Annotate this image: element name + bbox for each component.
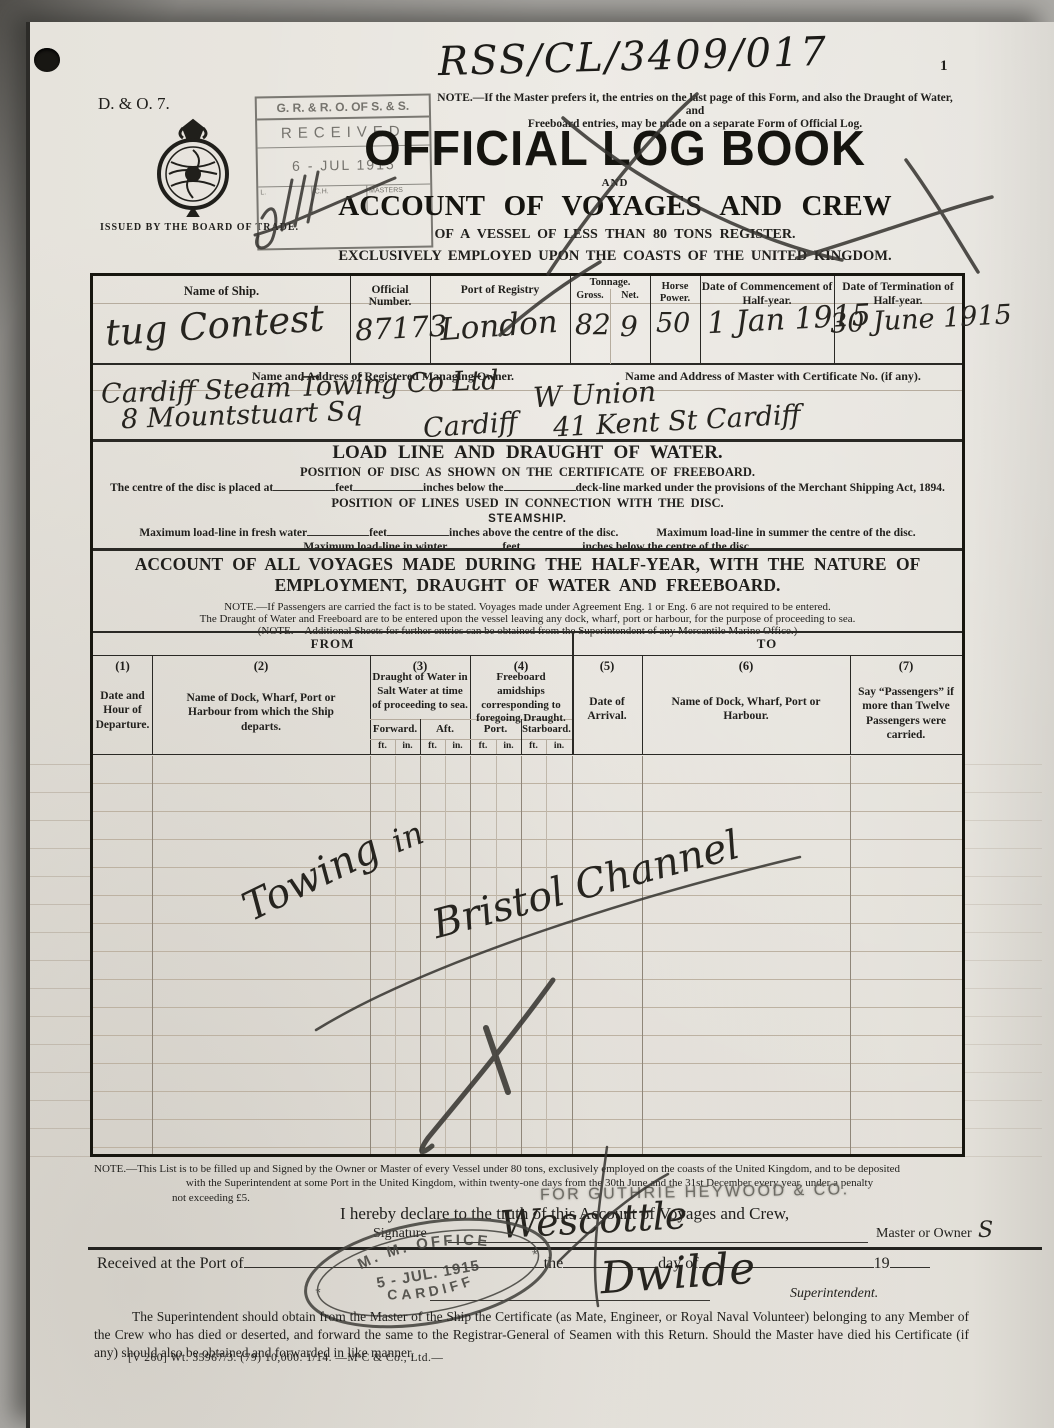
- col5-num: (5): [572, 659, 642, 675]
- subtitle-tons: OF A VESSEL OF LESS THAN 80 TONS REGISTE…: [320, 227, 910, 243]
- header-official-number: Official Number.: [350, 284, 430, 308]
- superintendent-signature: Dwilde: [598, 1243, 756, 1305]
- loadline-line1c: inches below the: [423, 482, 504, 494]
- stamp-office-line: G. R. & R. O. OF S. & S.: [257, 96, 429, 121]
- col4-starboard: Starboard.: [521, 723, 572, 736]
- col6-header: Name of Dock, Wharf, Port or Harbour.: [657, 695, 835, 724]
- col3-header: Draught of Water in Salt Water at time o…: [372, 671, 468, 712]
- top-note-line1: NOTE.—If the Master prefers it, the entr…: [430, 92, 960, 118]
- col1-header: Date and Hour of Departure.: [95, 689, 150, 732]
- page-number: 1: [940, 58, 948, 75]
- col4-header: Freeboard amidships corresponding to for…: [472, 671, 570, 726]
- voyages-note1: NOTE.—If Passengers are carried the fact…: [93, 601, 962, 613]
- voyage-table-body: [93, 756, 962, 1154]
- main-title: OFFICIAL LOG BOOK: [320, 119, 910, 177]
- ft-label: ft.: [521, 741, 546, 753]
- board-of-trade-seal: [150, 116, 236, 220]
- loadline-line1d: deck-line marked under the provisions of…: [576, 482, 945, 494]
- punch-hole: [34, 48, 60, 72]
- subtitle-coasts: EXCLUSIVELY EMPLOYED UPON THE COASTS OF …: [320, 248, 910, 265]
- stamp-cell: L.: [258, 187, 313, 214]
- loadline-line2d: Maximum load-line in summer the centre o…: [656, 527, 915, 539]
- margin-ruled-lines: [30, 737, 90, 1157]
- value-owner-line3: Cardiff: [422, 407, 519, 445]
- loadline-title: LOAD LINE AND DRAUGHT OF WATER.: [93, 442, 962, 464]
- loadline-line1b: feet: [335, 482, 353, 494]
- superintendent-label: Superintendent.: [790, 1286, 878, 1302]
- form-outline: Name of Ship. Official Number. Port of R…: [90, 273, 965, 1157]
- col6-num: (6): [642, 659, 850, 675]
- voyages-heading-line1: ACCOUNT OF ALL VOYAGES MADE DURING THE H…: [93, 554, 962, 575]
- col3-aft: Aft.: [420, 723, 470, 737]
- col2-header: Name of Dock, Wharf, Port or Harbour fro…: [167, 691, 355, 734]
- header-port-of-registry: Port of Registry: [430, 284, 570, 296]
- secondary-title: ACCOUNT OF VOYAGES AND CREW: [320, 190, 910, 223]
- value-net: 9: [620, 310, 638, 343]
- col4-port: Port.: [470, 723, 521, 737]
- to-label: TO: [572, 636, 962, 652]
- form-code: D. & O. 7.: [98, 94, 170, 114]
- col7-num: (7): [850, 659, 962, 675]
- value-ship-name: tug Contest: [104, 296, 326, 354]
- col1-num: (1): [93, 659, 152, 675]
- in-label: in.: [445, 741, 470, 753]
- master-scribble: S: [978, 1218, 993, 1243]
- in-label: in.: [546, 741, 572, 753]
- ft-label: ft.: [420, 741, 445, 753]
- loadline-sub1: POSITION OF DISC AS SHOWN ON THE CERTIFI…: [93, 465, 962, 480]
- oval-stamp-star: *: [314, 1284, 323, 1301]
- col5-header: Date of Arrival.: [574, 695, 640, 724]
- margin-ruled-lines: [965, 737, 1042, 1157]
- ft-label: ft.: [470, 741, 496, 753]
- title-and: AND: [320, 177, 910, 189]
- voyages-heading-line2: EMPLOYMENT, DRAUGHT OF WATER AND FREEBOA…: [93, 575, 962, 596]
- value-port: London: [439, 304, 559, 348]
- loadline-sub2: POSITION OF LINES USED IN CONNECTION WIT…: [93, 496, 962, 511]
- value-gross: 82: [575, 308, 611, 341]
- bottom-note-line1: NOTE.—This List is to be filled up and S…: [94, 1162, 965, 1176]
- ft-label: ft.: [370, 741, 395, 753]
- section-rule: [88, 1247, 1042, 1250]
- loadline-line1a: The centre of the disc is placed at: [110, 482, 273, 494]
- voyages-note2: The Draught of Water and Freeboard are t…: [93, 613, 962, 625]
- header-tonnage: Tonnage.: [570, 277, 650, 288]
- from-label: FROM: [93, 636, 572, 652]
- col7-header: Say “Passengers” if more than Twelve Pas…: [852, 685, 960, 743]
- header-net: Net.: [610, 290, 650, 301]
- loadline-line2a: Maximum load-line in fresh water: [139, 527, 307, 539]
- header-horse-power: Horse Power.: [650, 281, 700, 305]
- header-gross: Gross.: [570, 290, 610, 301]
- master-or-owner-label: Master or Owner: [876, 1226, 972, 1242]
- year-label: 19: [874, 1255, 890, 1272]
- loadline-line2c: inches above the centre of the disc.: [449, 527, 618, 539]
- in-label: in.: [496, 741, 521, 753]
- col3-forward: Forward.: [370, 723, 420, 737]
- loadline-line2: Maximum load-line in fresh waterfeetinch…: [93, 527, 962, 539]
- col2-num: (2): [152, 659, 370, 675]
- loadline-line1: The centre of the disc is placed atfeeti…: [93, 482, 962, 494]
- in-label: in.: [395, 741, 420, 753]
- loadline-steamship: STEAMSHIP.: [93, 513, 962, 525]
- received-at-label: Received at the Port of: [97, 1255, 244, 1272]
- print-imprint: [V 260] Wt. 35967/3. (79) 10,000. 1/14. …: [128, 1352, 443, 1364]
- scanned-document-page: RSS/CL/3409/017 1 D. & O. 7. ISSUED BY T…: [0, 0, 1054, 1428]
- value-official-number: 87173: [354, 309, 448, 348]
- value-horse-power: 50: [656, 308, 690, 339]
- loadline-line2b: feet: [369, 527, 387, 539]
